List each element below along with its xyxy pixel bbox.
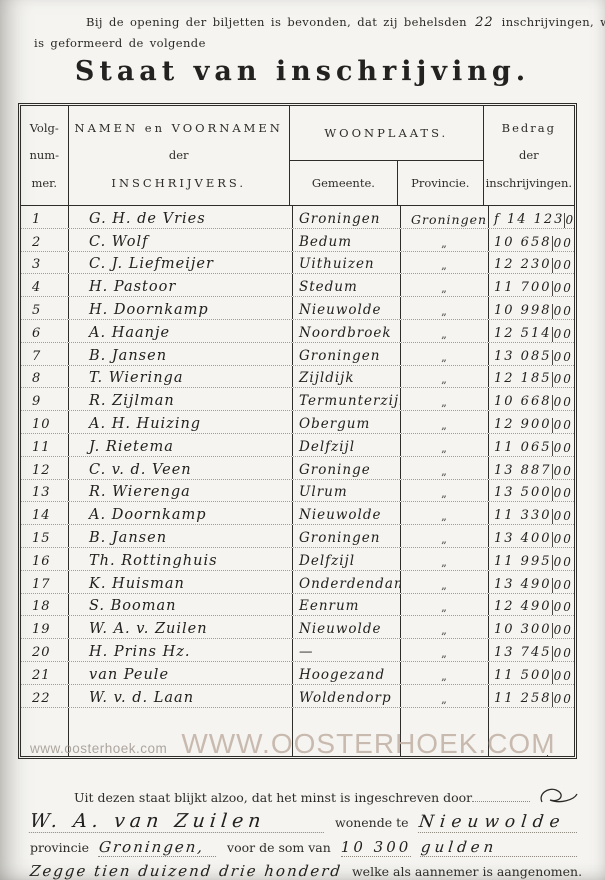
row-naam: R. Wierenga — [69, 480, 293, 502]
row-bedrag-gulden: 11 500 — [489, 668, 552, 684]
row-bedrag-cent: 00 — [552, 304, 575, 319]
table-row: 15 B. Jansen Groningen „ 13 400 00 — [21, 525, 574, 548]
table-row: 19 W. A. v. Zuilen Nieuwolde „ 10 300 00 — [21, 616, 574, 639]
row-bedrag: 12 900 00 — [489, 411, 574, 433]
closing-final-text: welke als aannemer is aangenomen. — [352, 864, 582, 879]
table-row: 12 C. v. d. Veen Groninge „ 13 887 00 — [21, 457, 574, 480]
row-gemeente: Nieuwolde — [293, 297, 401, 319]
row-bedrag-cent: 00 — [552, 281, 575, 296]
table-row: 10 A. H. Huizing Obergum „ 12 900 00 — [21, 411, 574, 434]
row-volgnummer: 15 — [21, 525, 69, 547]
row-gemeente: Nieuwolde — [293, 502, 401, 524]
row-bedrag-gulden: 12 490 — [489, 599, 552, 615]
row-gemeente: Termunterzijl — [293, 388, 401, 410]
row-bedrag-cent: 00 — [552, 372, 575, 387]
row-provincie: „ — [401, 274, 489, 296]
row-bedrag-gulden: f 14 123 — [489, 212, 564, 228]
table-row: 16 Th. Rottinghuis Delfzijl „ 11 995 00 — [21, 548, 574, 571]
row-bedrag: 10 300 00 — [489, 616, 574, 638]
row-bedrag: 13 400 00 — [489, 525, 574, 547]
row-gemeente: Groningen — [293, 343, 401, 365]
row-bedrag: 11 258 00 — [489, 685, 574, 707]
row-naam: W. A. v. Zuilen — [69, 616, 293, 638]
table-row: 2 C. Wolf Bedum „ 10 658 00 — [21, 229, 574, 252]
row-bedrag: 10 998 00 — [489, 297, 574, 319]
row-gemeente: Noordbroek — [293, 320, 401, 342]
row-naam: H. Prins Hz. — [69, 639, 293, 661]
row-gemeente: Groningen — [293, 206, 401, 228]
row-volgnummer: 21 — [21, 662, 69, 684]
row-bedrag-gulden: 13 085 — [489, 349, 552, 365]
row-provincie: „ — [401, 571, 489, 593]
row-volgnummer: 18 — [21, 594, 69, 616]
row-bedrag-cent: 00 — [552, 600, 575, 615]
row-provincie: „ — [401, 457, 489, 479]
row-naam: A. Doornkamp — [69, 502, 293, 524]
row-gemeente: — — [293, 639, 401, 661]
row-bedrag: 12 490 00 — [489, 594, 574, 616]
row-bedrag-gulden: 11 065 — [489, 440, 552, 456]
table-row: 14 A. Doornkamp Nieuwolde „ 11 330 00 — [21, 502, 574, 525]
header-volgnummer: Volg- num- mer. — [21, 106, 69, 205]
row-provincie: „ — [401, 594, 489, 616]
closing-line-3: provincie Groningen, voor de som van 10 … — [30, 838, 578, 857]
winner-name-handwritten: W. A. van Zuilen — [29, 810, 326, 833]
row-volgnummer: 9 — [21, 388, 69, 410]
row-bedrag-cent: 00 — [552, 441, 575, 456]
row-gemeente: Eenrum — [293, 594, 401, 616]
table-row: 20 H. Prins Hz. — „ 13 745 00 — [21, 639, 574, 662]
page-title: Staat van inschrijving. — [0, 56, 605, 87]
table-row: 8 T. Wieringa Zijldijk „ 12 185 00 — [21, 366, 574, 389]
row-naam: van Peule — [69, 662, 293, 684]
row-provincie: „ — [401, 525, 489, 547]
row-naam: A. H. Huizing — [69, 411, 293, 433]
row-naam: B. Jansen — [69, 343, 293, 365]
table-row: 1 G. H. de Vries Groningen Groningen f 1… — [21, 206, 574, 229]
row-bedrag: 12 514 00 — [489, 320, 574, 342]
row-bedrag: 12 230 00 — [489, 252, 574, 274]
row-bedrag-cent: 00 — [552, 258, 575, 273]
header-gemeente: Gemeente. — [290, 161, 398, 205]
row-bedrag-gulden: 12 185 — [489, 371, 552, 387]
closing-line-2: W. A. van Zuilen wonende te Nieuwolde — [30, 810, 578, 833]
closing-line-1: Uit dezen staat blijkt alzoo, dat het mi… — [30, 782, 578, 805]
row-bedrag-gulden: 12 230 — [489, 257, 552, 273]
row-bedrag: 10 668 00 — [489, 388, 574, 410]
row-gemeente: Nieuwolde — [293, 616, 401, 638]
som-unit-handwritten: gulden — [420, 838, 579, 857]
row-bedrag-cent: 00 — [552, 578, 575, 593]
row-bedrag-gulden: 10 668 — [489, 394, 552, 410]
intro-text-before-count: Bij de opening der biljetten is bevonden… — [86, 15, 467, 29]
header-woonplaats-group: WOONPLAATS. Gemeente. Provincie. — [290, 106, 484, 205]
row-bedrag: 13 500 00 — [489, 480, 574, 502]
row-bedrag-cent: 00 — [564, 213, 574, 228]
table-filler-row — [21, 708, 574, 756]
wonende-te-label: wonende te — [335, 815, 409, 830]
closing-line-1-text: Uit dezen staat blijkt alzoo, dat het mi… — [74, 790, 472, 805]
row-gemeente: Groningen — [293, 525, 401, 547]
table-row: 5 H. Doornkamp Nieuwolde „ 10 998 00 — [21, 297, 574, 320]
table-row: 3 C. J. Liefmeijer Uithuizen „ 12 230 00 — [21, 252, 574, 275]
row-volgnummer: 12 — [21, 457, 69, 479]
winner-place-handwritten: Nieuwolde — [417, 812, 579, 833]
table-row: 11 J. Rietema Delfzijl „ 11 065 00 — [21, 434, 574, 457]
row-volgnummer: 11 — [21, 434, 69, 456]
row-bedrag-gulden: 11 258 — [489, 691, 552, 707]
row-bedrag-cent: 00 — [552, 350, 575, 365]
row-bedrag: 12 185 00 — [489, 366, 574, 388]
row-gemeente: Zijldijk — [293, 366, 401, 388]
row-volgnummer: 6 — [21, 320, 69, 342]
row-provincie: „ — [401, 685, 489, 707]
table-row: 7 B. Jansen Groningen „ 13 085 00 — [21, 343, 574, 366]
row-volgnummer: 14 — [21, 502, 69, 524]
row-bedrag-gulden: 10 300 — [489, 622, 552, 638]
handwritten-count: 22 — [473, 15, 496, 30]
row-bedrag-gulden: 13 887 — [489, 463, 552, 479]
table-body: 1 G. H. de Vries Groningen Groningen f 1… — [21, 206, 574, 756]
row-bedrag-gulden: 10 998 — [489, 303, 552, 319]
row-bedrag-cent: 00 — [552, 486, 575, 501]
row-gemeente: Delfzijl — [293, 548, 401, 570]
row-bedrag-gulden: 10 658 — [489, 235, 552, 251]
row-bedrag-cent: 00 — [552, 623, 575, 638]
row-provincie: „ — [401, 366, 489, 388]
row-bedrag: f 14 123 00 — [489, 206, 574, 228]
inscription-table: Volg- num- mer. NAMEN en VOORNAMEN der I… — [18, 103, 577, 759]
row-bedrag-gulden: 12 900 — [489, 417, 552, 433]
signature-flourish-icon — [536, 786, 578, 806]
winner-province-handwritten: Groningen, — [98, 838, 218, 857]
row-volgnummer: 5 — [21, 297, 69, 319]
row-bedrag-gulden: 12 514 — [489, 326, 552, 342]
row-bedrag-gulden: 13 490 — [489, 577, 552, 593]
closing-line-4: Zegge tien duizend drie honderd welke al… — [30, 862, 578, 880]
row-naam: K. Huisman — [69, 571, 293, 593]
row-bedrag-cent: 00 — [552, 692, 575, 707]
header-namen: NAMEN en VOORNAMEN der INSCHRIJVERS. — [69, 106, 290, 205]
row-gemeente: Onderdendam — [293, 571, 401, 593]
intro-text-after-count: inschrijvingen, waarvan — [502, 15, 605, 29]
row-bedrag-gulden: 11 700 — [489, 280, 552, 296]
row-gemeente: Woldendorp — [293, 685, 401, 707]
row-provincie: „ — [401, 616, 489, 638]
table-row: 6 A. Haanje Noordbroek „ 12 514 00 — [21, 320, 574, 343]
row-bedrag: 11 330 00 — [489, 502, 574, 524]
row-provincie: „ — [401, 662, 489, 684]
row-naam: J. Rietema — [69, 434, 293, 456]
row-provincie: „ — [401, 252, 489, 274]
row-bedrag: 13 887 00 — [489, 457, 574, 479]
document-page: Bij de opening der biljetten is bevonden… — [0, 0, 605, 880]
row-bedrag-cent: 00 — [552, 464, 575, 479]
row-gemeente: Stedum — [293, 274, 401, 296]
row-bedrag-cent: 00 — [552, 395, 575, 410]
row-provincie: „ — [401, 320, 489, 342]
row-bedrag: 11 995 00 — [489, 548, 574, 570]
row-bedrag: 10 658 00 — [489, 229, 574, 251]
row-naam: R. Zijlman — [69, 388, 293, 410]
row-volgnummer: 3 — [21, 252, 69, 274]
row-volgnummer: 22 — [21, 685, 69, 707]
row-provincie: „ — [401, 388, 489, 410]
closing-statement: Uit dezen staat blijkt alzoo, dat het mi… — [30, 782, 578, 880]
row-volgnummer: 13 — [21, 480, 69, 502]
intro-line-1: Bij de opening der biljetten is bevonden… — [34, 12, 574, 33]
row-volgnummer: 20 — [21, 639, 69, 661]
row-bedrag-gulden: 13 745 — [489, 645, 552, 661]
table-row: 4 H. Pastoor Stedum „ 11 700 00 — [21, 274, 574, 297]
row-naam: C. J. Liefmeijer — [69, 252, 293, 274]
row-provincie: „ — [401, 548, 489, 570]
row-volgnummer: 17 — [21, 571, 69, 593]
table-row: 21 van Peule Hoogezand „ 11 500 00 — [21, 662, 574, 685]
intro-paragraph: Bij de opening der biljetten is bevonden… — [34, 12, 574, 54]
row-gemeente: Ulrum — [293, 480, 401, 502]
row-bedrag: 11 065 00 — [489, 434, 574, 456]
row-gemeente: Groninge — [293, 457, 401, 479]
row-volgnummer: 7 — [21, 343, 69, 365]
table-row: 18 S. Booman Eenrum „ 12 490 00 — [21, 594, 574, 617]
row-volgnummer: 4 — [21, 274, 69, 296]
row-provincie: „ — [401, 502, 489, 524]
row-volgnummer: 10 — [21, 411, 69, 433]
row-naam: Th. Rottinghuis — [69, 548, 293, 570]
row-provincie: „ — [401, 639, 489, 661]
table-row: 17 K. Huisman Onderdendam „ 13 490 00 — [21, 571, 574, 594]
row-provincie: Groningen — [401, 206, 489, 228]
row-volgnummer: 8 — [21, 366, 69, 388]
table-row: 22 W. v. d. Laan Woldendorp „ 11 258 00 — [21, 685, 574, 708]
table-row: 9 R. Zijlman Termunterzijl „ 10 668 00 — [21, 388, 574, 411]
row-provincie: „ — [401, 229, 489, 251]
header-woonplaats: WOONPLAATS. — [290, 106, 483, 161]
header-bedrag: Bedrag der inschrijvingen. — [484, 106, 574, 205]
row-gemeente: Uithuizen — [293, 252, 401, 274]
row-naam: H. Pastoor — [69, 274, 293, 296]
row-bedrag-cent: 00 — [552, 327, 575, 342]
row-gemeente: Obergum — [293, 411, 401, 433]
row-bedrag-cent: 00 — [552, 509, 575, 524]
row-bedrag-gulden: 11 995 — [489, 554, 552, 570]
provincie-label: provincie — [30, 840, 89, 855]
intro-line-2: is geformeerd de volgende — [34, 33, 574, 54]
row-naam: T. Wieringa — [69, 366, 293, 388]
row-bedrag: 13 745 00 — [489, 639, 574, 661]
row-bedrag: 13 490 00 — [489, 571, 574, 593]
row-volgnummer: 16 — [21, 548, 69, 570]
row-volgnummer: 2 — [21, 229, 69, 251]
row-bedrag: 11 500 00 — [489, 662, 574, 684]
row-bedrag: 13 085 00 — [489, 343, 574, 365]
row-bedrag-gulden: 13 500 — [489, 485, 552, 501]
row-bedrag-cent: 00 — [552, 669, 575, 684]
row-gemeente: Bedum — [293, 229, 401, 251]
row-bedrag-cent: 00 — [552, 532, 575, 547]
row-bedrag: 11 700 00 — [489, 274, 574, 296]
row-volgnummer: 1 — [21, 206, 69, 228]
row-naam: H. Doornkamp — [69, 297, 293, 319]
row-naam: G. H. de Vries — [69, 206, 293, 228]
row-provincie: „ — [401, 411, 489, 433]
row-bedrag-gulden: 13 400 — [489, 531, 552, 547]
row-naam: A. Haanje — [69, 320, 293, 342]
som-label: voor de som van — [227, 840, 331, 855]
table-header: Volg- num- mer. NAMEN en VOORNAMEN der I… — [21, 106, 574, 206]
row-provincie: „ — [401, 480, 489, 502]
som-words-handwritten: Zegge tien duizend drie honderd — [29, 862, 343, 880]
row-naam: B. Jansen — [69, 525, 293, 547]
row-provincie: „ — [401, 343, 489, 365]
header-provincie: Provincie. — [398, 161, 483, 205]
row-provincie: „ — [401, 434, 489, 456]
row-gemeente: Delfzijl — [293, 434, 401, 456]
row-naam: W. v. d. Laan — [69, 685, 293, 707]
row-volgnummer: 19 — [21, 616, 69, 638]
row-bedrag-cent: 00 — [552, 646, 575, 661]
row-bedrag-cent: 00 — [552, 418, 575, 433]
row-provincie: „ — [401, 297, 489, 319]
row-bedrag-cent: 00 — [552, 555, 575, 570]
row-bedrag-cent: 00 — [552, 236, 575, 251]
table-row: 13 R. Wierenga Ulrum „ 13 500 00 — [21, 480, 574, 503]
row-gemeente: Hoogezand — [293, 662, 401, 684]
row-naam: C. v. d. Veen — [69, 457, 293, 479]
row-naam: S. Booman — [69, 594, 293, 616]
som-value-handwritten: 10 300 — [341, 838, 412, 857]
row-bedrag-gulden: 11 330 — [489, 508, 552, 524]
row-naam: C. Wolf — [69, 229, 293, 251]
